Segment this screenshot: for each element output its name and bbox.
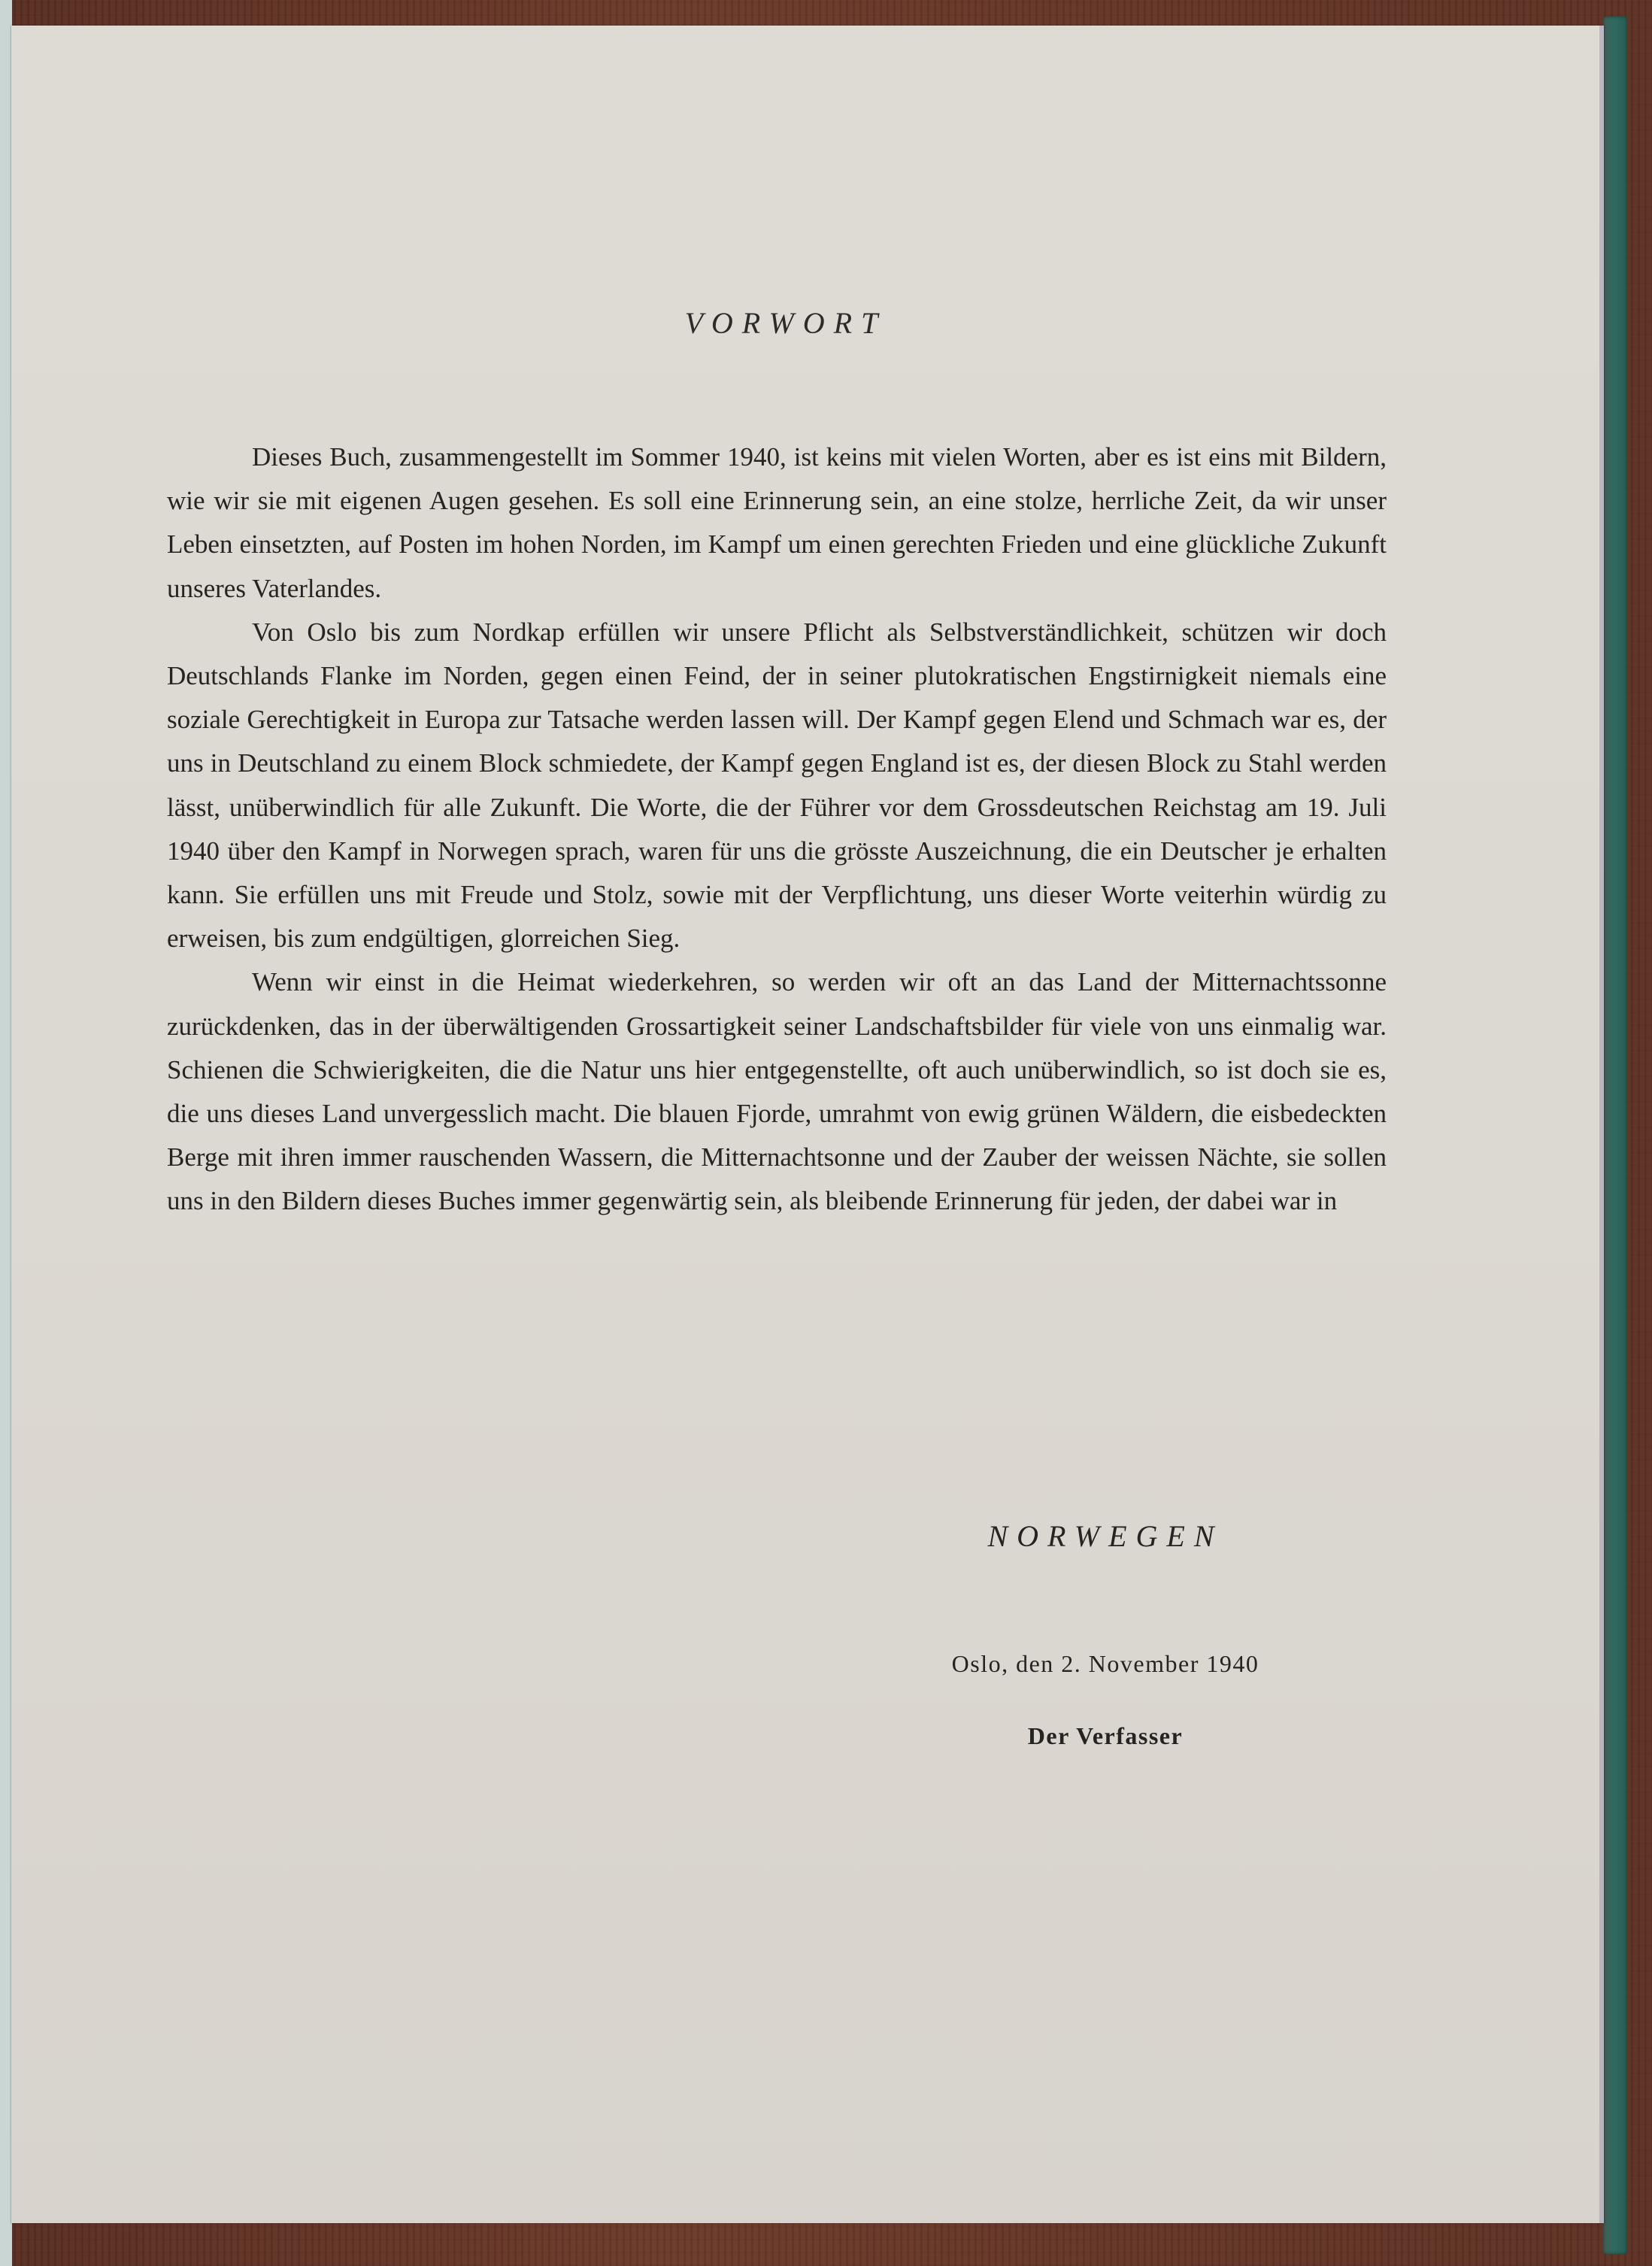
left-background-strip [0, 0, 12, 2266]
paragraph-2: Von Oslo bis zum Nordkap erfüllen wir un… [167, 611, 1387, 961]
paragraph-1: Dieses Buch, zusammengestellt im Sommer … [167, 435, 1387, 611]
author-signature: Der Verfasser [835, 1722, 1376, 1750]
paragraph-3: Wenn wir einst in die Heimat wiederkehre… [167, 960, 1387, 1223]
page-title: VORWORT [11, 305, 1560, 341]
book-page: VORWORT Dieses Buch, zusammengestellt im… [11, 26, 1604, 2223]
foreword-body: Dieses Buch, zusammengestellt im Sommer … [167, 435, 1387, 1224]
place-and-date: Oslo, den 2. November 1940 [835, 1650, 1376, 1678]
book-cover-edge [1603, 17, 1627, 2254]
closing-country: NORWEGEN [835, 1518, 1376, 1554]
